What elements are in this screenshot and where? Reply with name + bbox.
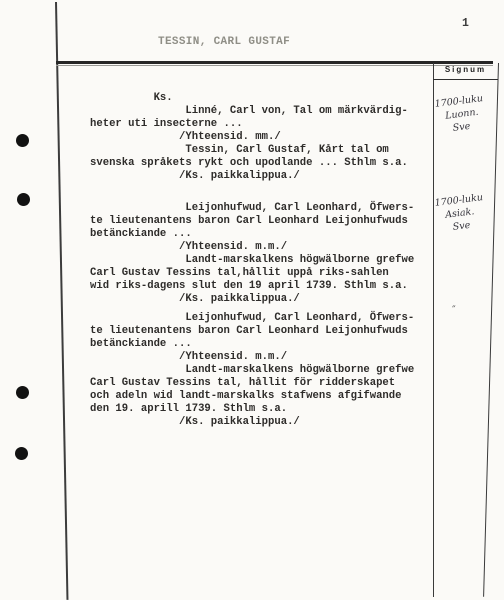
page-number: 1 bbox=[462, 17, 469, 30]
catalog-entry-3: Leijonhufwud, Carl Leonhard, Öfwers- te … bbox=[90, 312, 414, 429]
page-title: TESSIN, CARL GUSTAF bbox=[158, 36, 290, 48]
hole-punch-icon bbox=[16, 386, 29, 399]
signum-ditto-mark: ″ bbox=[452, 305, 456, 316]
signum-annotation-2: 1700-luku Asiak. Sve bbox=[434, 189, 500, 235]
header-rule bbox=[56, 61, 493, 64]
hole-punch-icon bbox=[15, 447, 28, 460]
catalog-page-scan: 1 TESSIN, CARL GUSTAF Signum Ks. Linné, … bbox=[0, 0, 504, 600]
hole-punch-icon bbox=[16, 134, 29, 147]
left-margin-rule bbox=[55, 2, 68, 600]
signum-column-left-rule bbox=[433, 63, 434, 597]
hole-punch-icon bbox=[17, 193, 30, 206]
signum-column-right-rule bbox=[483, 63, 499, 597]
signum-header-underline bbox=[433, 79, 498, 80]
signum-annotation-1: 1700-luku Luonn. Sve bbox=[434, 90, 500, 136]
catalog-entry-1: Ks. Linné, Carl von, Tal om märkvärdig- … bbox=[90, 92, 408, 183]
catalog-entry-2: Leijonhufwud, Carl Leonhard, Öfwers- te … bbox=[90, 202, 414, 306]
header-rule-echo bbox=[56, 65, 493, 66]
signum-column-header: Signum bbox=[433, 65, 498, 74]
